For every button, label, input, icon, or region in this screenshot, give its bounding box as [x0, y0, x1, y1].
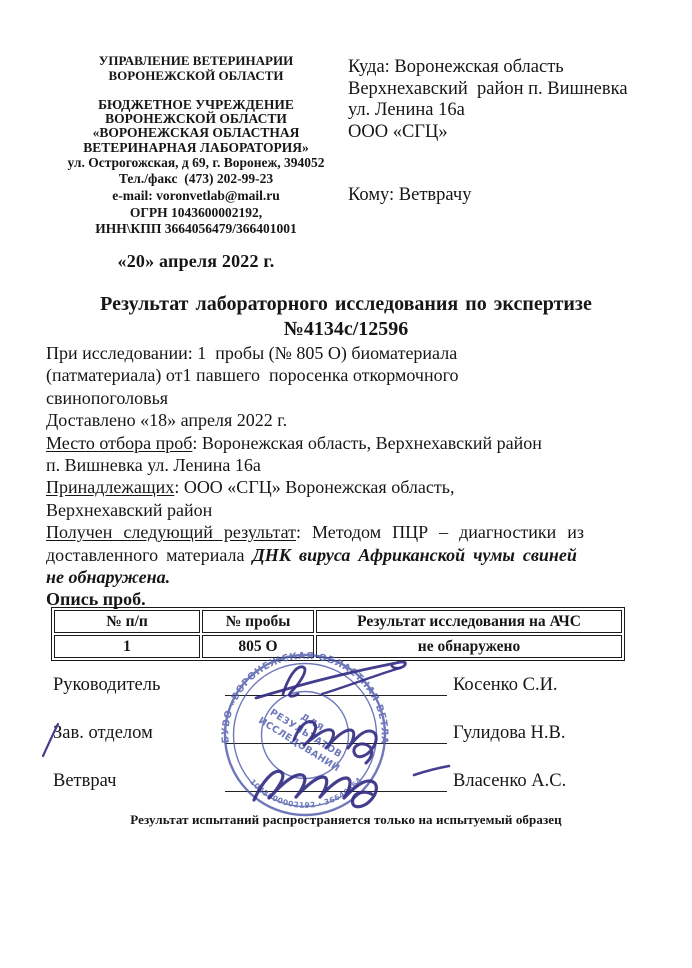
body-line: доставленного материала ДНК вируса Африк…: [46, 544, 654, 566]
result-emphasis: ДНК вируса Африканской чумы свиней: [253, 545, 577, 565]
cell-number: 1: [54, 635, 200, 658]
signature-line: [225, 767, 447, 792]
footer-note: Результат испытаний распространяется тол…: [0, 812, 692, 828]
letterhead-address: ул. Острогожская, д 69, г. Воронеж, 3940…: [50, 155, 342, 172]
table-header-row: № п/п № пробы Результат исследования на …: [54, 610, 622, 633]
body-line: не обнаружена.: [46, 566, 654, 588]
col-header-sample: № пробы: [202, 610, 314, 633]
signature-line: [225, 671, 447, 696]
signature-label: Ветврач: [53, 771, 225, 792]
recipient-to-line3: ул. Ленина 16а: [348, 100, 678, 122]
letterhead-org-line3: «ВОРОНЕЖСКАЯ ОБЛАСТНАЯ: [50, 126, 342, 140]
body-line: При исследовании: 1 пробы (№ 805 О) биом…: [46, 342, 654, 364]
owner-label: Принадлежащих: [46, 477, 174, 497]
signature-row-vet: Ветврач Власенко А.С.: [53, 767, 613, 792]
document-page: УПРАВЛЕНИЕ ВЕТЕРИНАРИИ ВОРОНЕЖСКОЙ ОБЛАС…: [0, 0, 692, 968]
owner-value: : ООО «СГЦ» Воронежская область,: [174, 477, 454, 497]
signature-label: Зав. отделом: [53, 723, 225, 744]
document-title-number: №4134с/12596: [28, 317, 664, 342]
letterhead-authority-line1: УПРАВЛЕНИЕ ВЕТЕРИНАРИИ: [50, 54, 342, 69]
body-line: свинопоголовья: [46, 387, 654, 409]
letterhead-spacer: [50, 83, 342, 98]
cell-result: не обнаружено: [316, 635, 622, 658]
signature-name: Гулидова Н.В.: [453, 723, 566, 744]
signature-label: Руководитель: [53, 675, 225, 696]
col-header-number: № п/п: [54, 610, 200, 633]
result-label: Получен следующий результат: [46, 522, 296, 542]
signature-line: [225, 719, 447, 744]
letterhead-org-line1: БЮДЖЕТНОЕ УЧРЕЖДЕНИЕ: [50, 98, 342, 112]
letterhead-ogrn: ОГРН 1043600002192,: [50, 205, 342, 222]
document-title-line1: Результат лабораторного исследования по …: [28, 292, 664, 317]
recipient-to-line1: Куда: Воронежская область: [348, 57, 678, 79]
col-header-result: Результат исследования на АЧС: [316, 610, 622, 633]
signature-name: Косенко С.И.: [453, 675, 558, 696]
result-continued: доставленного материала: [46, 545, 253, 565]
recipient-block: Куда: Воронежская область Верхнехавский …: [348, 57, 678, 207]
body-line: п. Вишневка ул. Ленина 16а: [46, 454, 654, 476]
sampling-place-value: : Воронежская область, Верхнехавский рай…: [192, 433, 542, 453]
document-title: Результат лабораторного исследования по …: [28, 292, 664, 342]
body-line: Доставлено «18» апреля 2022 г.: [46, 409, 654, 431]
sampling-place-label: Место отбора проб: [46, 433, 192, 453]
body-line: Получен следующий результат: Методом ПЦР…: [46, 521, 654, 543]
letterhead: УПРАВЛЕНИЕ ВЕТЕРИНАРИИ ВОРОНЕЖСКОЙ ОБЛАС…: [50, 54, 342, 272]
recipient-to-line4: ООО «СГЦ»: [348, 122, 678, 144]
body-line: Принадлежащих: ООО «СГЦ» Воронежская обл…: [46, 476, 654, 498]
signature-row-head: Руководитель Косенко С.И.: [53, 671, 613, 696]
samples-table: № п/п № пробы Результат исследования на …: [51, 607, 625, 661]
body-line: (патматериала) от1 павшего поросенка отк…: [46, 364, 654, 386]
letterhead-email: e-mail: voronvetlab@mail.ru: [50, 188, 342, 205]
letterhead-inn-kpp: ИНН\КПП 3664056479/366401001: [50, 221, 342, 238]
signature-name: Власенко А.С.: [453, 771, 566, 792]
recipient-attn: Кому: Ветврачу: [348, 185, 678, 207]
letterhead-org-line4: ВЕТЕРИНАРНАЯ ЛАБОРАТОРИЯ»: [50, 141, 342, 155]
document-date: «20» апреля 2022 г.: [50, 251, 342, 272]
table-row: 1 805 О не обнаружено: [54, 635, 622, 658]
result-emphasis-end: не обнаружена.: [46, 567, 170, 587]
letterhead-org-line2: ВОРОНЕЖСКОЙ ОБЛАСТИ: [50, 112, 342, 126]
letterhead-authority-line2: ВОРОНЕЖСКОЙ ОБЛАСТИ: [50, 69, 342, 84]
signature-row-dept: Зав. отделом Гулидова Н.В.: [53, 719, 613, 744]
body-line: Место отбора проб: Воронежская область, …: [46, 432, 654, 454]
result-value: : Методом ПЦР – диагностики из: [296, 522, 584, 542]
recipient-to-line2: Верхнехавский район п. Вишневка: [348, 79, 678, 101]
body-text: При исследовании: 1 пробы (№ 805 О) биом…: [46, 342, 654, 611]
cell-sample: 805 О: [202, 635, 314, 658]
body-line: Верхнехавский район: [46, 499, 654, 521]
letterhead-phone: Тел./факс (473) 202-99-23: [50, 171, 342, 188]
